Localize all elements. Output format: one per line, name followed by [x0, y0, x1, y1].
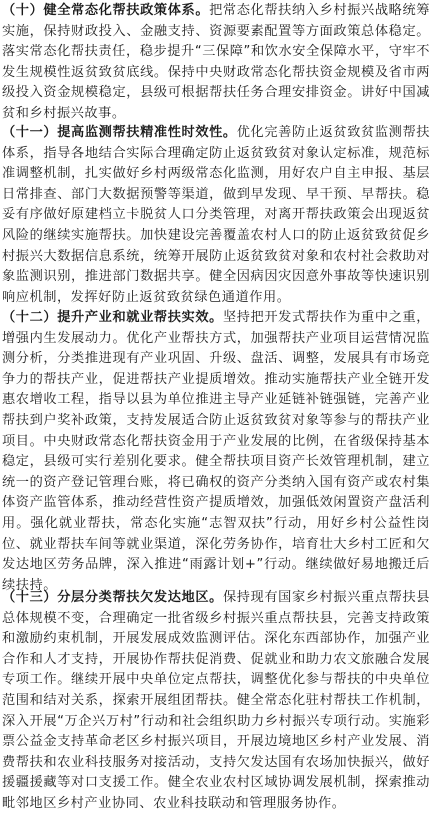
paragraph-heading: （十一）提高监测帮扶精准性时效性。	[2, 125, 237, 140]
paragraph-heading: （十三）分层分类帮扶欠发达地区。	[2, 590, 223, 605]
paragraph-heading: （十）健全常态化帮扶政策体系。	[2, 3, 209, 18]
paragraph-text: 保持现有国家乡村振兴重点帮扶县总体规模不变，合理确定一批省级乡村振兴重点帮扶县，…	[2, 590, 430, 811]
paragraph-text: 坚持把开发式帮扶作为重中之重，增强内生发展动力。优化产业帮扶方式，加强帮扶产业项…	[2, 310, 430, 593]
paragraph-10: （十）健全常态化帮扶政策体系。把常态化帮扶纳入乡村振兴战略统筹实施，保持财政投入…	[2, 1, 430, 125]
paragraph-text: 优化完善防止返贫致贫监测帮扶体系，指导各地结合实际合理确定防止返贫致贫对象认定标…	[2, 125, 430, 305]
paragraph-text: 把常态化帮扶纳入乡村振兴战略统筹实施，保持财政投入、金融支持、资源要素配置等方面…	[2, 3, 430, 121]
paragraph-11: （十一）提高监测帮扶精准性时效性。优化完善防止返贫致贫监测帮扶体系，指导各地结合…	[2, 123, 430, 308]
paragraph-heading: （十二）提升产业和就业帮扶实效。	[2, 310, 223, 325]
paragraph-13: （十三）分层分类帮扶欠发达地区。保持现有国家乡村振兴重点帮扶县总体规模不变，合理…	[2, 588, 430, 815]
paragraph-12: （十二）提升产业和就业帮扶实效。坚持把开发式帮扶作为重中之重，增强内生发展动力。…	[2, 308, 430, 596]
